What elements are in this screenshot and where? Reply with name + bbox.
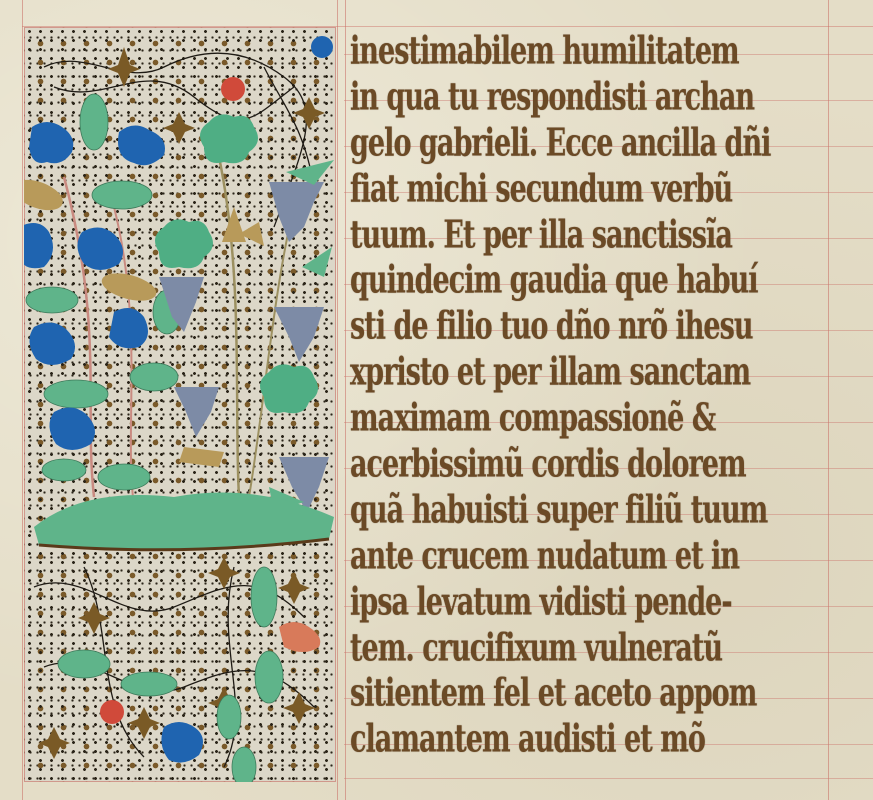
ruling-line xyxy=(344,778,873,779)
ruling-text-left xyxy=(345,0,346,800)
text-line: clamantem audisti et mõ xyxy=(350,713,764,766)
ruling-left-border xyxy=(22,0,23,800)
text-line: ipsa levatum vidisti pende- xyxy=(350,575,764,628)
text-line: acerbissimũ cordis dolorem xyxy=(350,438,764,491)
border-artwork xyxy=(24,27,336,782)
text-line: inestimabilem humilitatem xyxy=(350,25,764,78)
illuminated-border xyxy=(24,27,336,782)
text-column: inestimabilem humilitatem in qua tu resp… xyxy=(350,28,855,762)
text-line: maximam compassionẽ & xyxy=(350,392,764,445)
text-line: in qua tu respondisti archan xyxy=(350,70,764,123)
stem-icon xyxy=(64,157,294,507)
text-line: quã habuisti super filiũ tuum xyxy=(350,483,764,536)
text-line: gelo gabrieli. Ecce ancilla dñi xyxy=(350,116,764,169)
ruling-border-right xyxy=(337,0,338,800)
text-line: fiat michi secundum verbũ xyxy=(350,162,764,215)
text-line: ante crucem nudatum et in xyxy=(350,529,764,582)
